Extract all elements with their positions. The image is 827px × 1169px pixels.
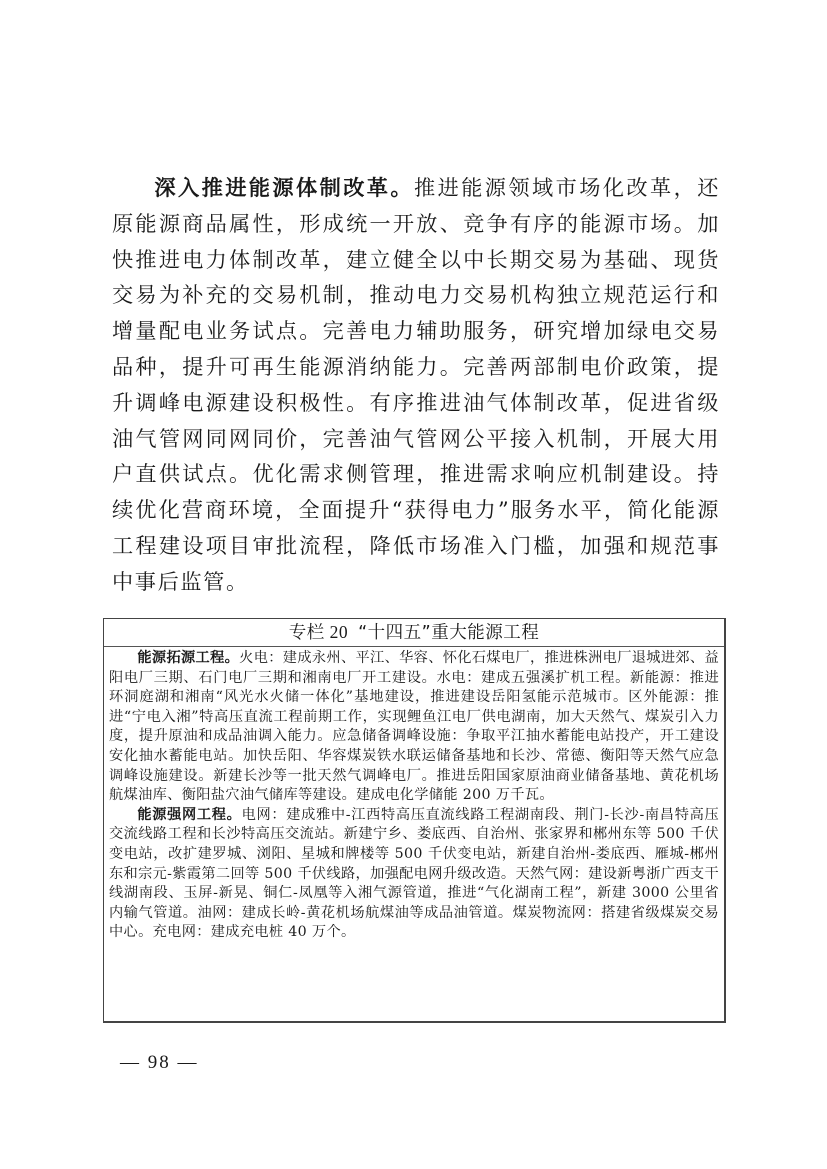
box-section-lead: 能源拓源工程。 bbox=[137, 650, 239, 666]
box-title-number: 专栏 20 bbox=[289, 622, 348, 642]
box-section-text: 火电：建成永州、平江、华容、怀化石煤电厂，推进株洲电厂退城进郊、益阳电厂三期、石… bbox=[109, 650, 719, 803]
box-body: 能源拓源工程。火电：建成永州、平江、华容、怀化石煤电厂，推进株洲电厂退城进郊、益… bbox=[104, 647, 724, 943]
feature-box: 专栏 20“十四五”重大能源工程 能源拓源工程。火电：建成永州、平江、华容、怀化… bbox=[103, 618, 726, 1023]
body-paragraph: 深入推进能源体制改革。推进能源领域市场化改革，还原能源商品属性，形成统一开放、竞… bbox=[112, 170, 720, 600]
box-section-lead: 能源强网工程。 bbox=[137, 807, 241, 823]
page-number: — 98 — bbox=[120, 1052, 199, 1074]
paragraph-lead-heading: 深入推进能源体制改革。 bbox=[154, 175, 414, 200]
box-section-text: 电网：建成雅中-江西特高压直流线路工程湖南段、荆门-长沙-南昌特高压交流线路工程… bbox=[109, 807, 719, 941]
paragraph-text: 推进能源领域市场化改革，还原能源商品属性，形成统一开放、竞争有序的能源市场。加快… bbox=[112, 175, 720, 594]
box-section-energy-sourcing: 能源拓源工程。火电：建成永州、平江、华容、怀化石煤电厂，推进株洲电厂退城进郊、益… bbox=[109, 649, 719, 806]
box-title: 专栏 20“十四五”重大能源工程 bbox=[104, 619, 724, 647]
document-page: 深入推进能源体制改革。推进能源领域市场化改革，还原能源商品属性，形成统一开放、竞… bbox=[0, 0, 827, 1169]
box-title-text: “十四五”重大能源工程 bbox=[358, 623, 539, 643]
box-section-grid-strengthening: 能源强网工程。电网：建成雅中-江西特高压直流线路工程湖南段、荆门-长沙-南昌特高… bbox=[109, 806, 719, 943]
